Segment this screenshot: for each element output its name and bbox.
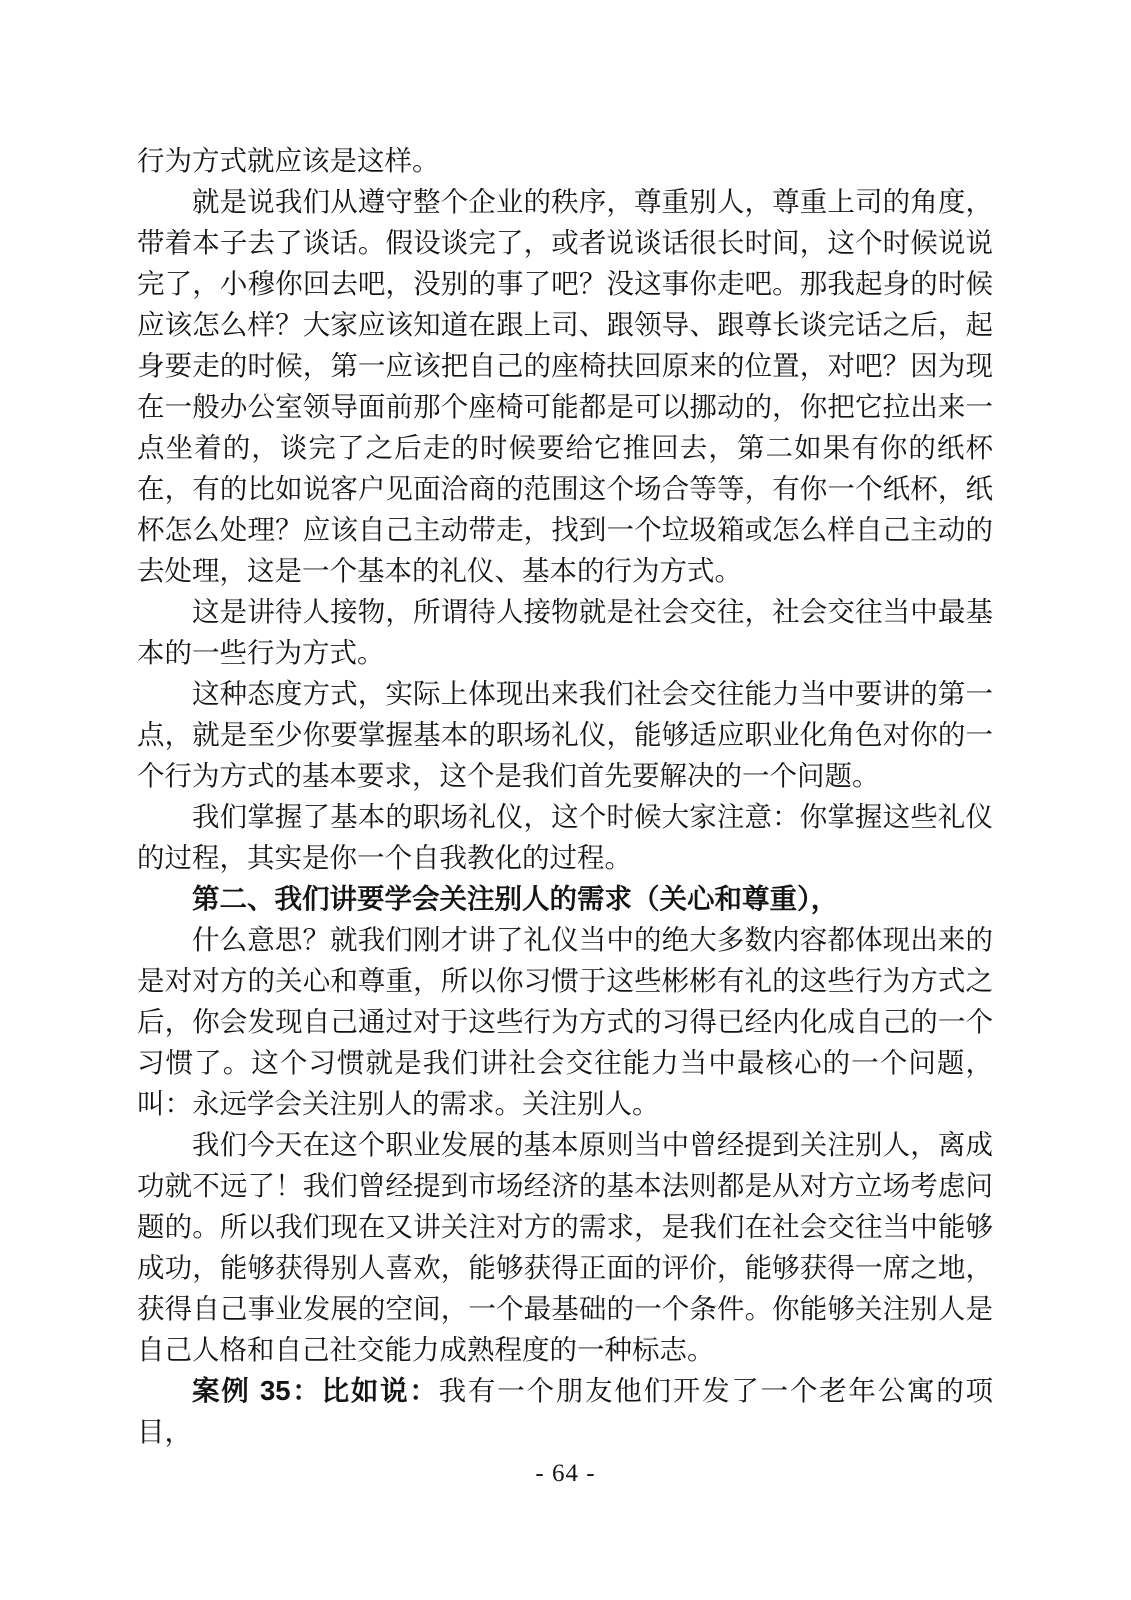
document-body: 行为方式就应该是这样。就是说我们从遵守整个企业的秩序，尊重别人，尊重上司的角度，… bbox=[137, 140, 993, 1452]
paragraph: 我们掌握了基本的职场礼仪，这个时候大家注意：你掌握这些礼仪的过程，其实是你一个自… bbox=[137, 796, 993, 878]
paragraph: 这种态度方式，实际上体现出来我们社会交往能力当中要讲的第一点，就是至少你要掌握基… bbox=[137, 673, 993, 796]
paragraph: 我们今天在这个职业发展的基本原则当中曾经提到关注别人，离成功就不远了！我们曾经提… bbox=[137, 1124, 993, 1370]
paragraph: 行为方式就应该是这样。 bbox=[137, 140, 993, 181]
document-page: 行为方式就应该是这样。就是说我们从遵守整个企业的秩序，尊重别人，尊重上司的角度，… bbox=[0, 0, 1131, 1600]
paragraph: 这是讲待人接物，所谓待人接物就是社会交往，社会交往当中最基本的一些行为方式。 bbox=[137, 591, 993, 673]
page-number: - 64 - bbox=[535, 1460, 595, 1487]
paragraph-bold-lead: 案例 35：比如说： bbox=[192, 1375, 439, 1406]
paragraph: 就是说我们从遵守整个企业的秩序，尊重别人，尊重上司的角度，带着本子去了谈话。假设… bbox=[137, 181, 993, 591]
paragraph-with-bold-lead: 案例 35：比如说：我有一个朋友他们开发了一个老年公寓的项目， bbox=[137, 1370, 993, 1452]
page-footer: - 64 - bbox=[0, 1460, 1131, 1488]
paragraph: 什么意思？就我们刚才讲了礼仪当中的绝大多数内容都体现出来的是对对方的关心和尊重，… bbox=[137, 919, 993, 1124]
section-heading: 第二、我们讲要学会关注别人的需求（关心和尊重）， bbox=[137, 878, 993, 919]
